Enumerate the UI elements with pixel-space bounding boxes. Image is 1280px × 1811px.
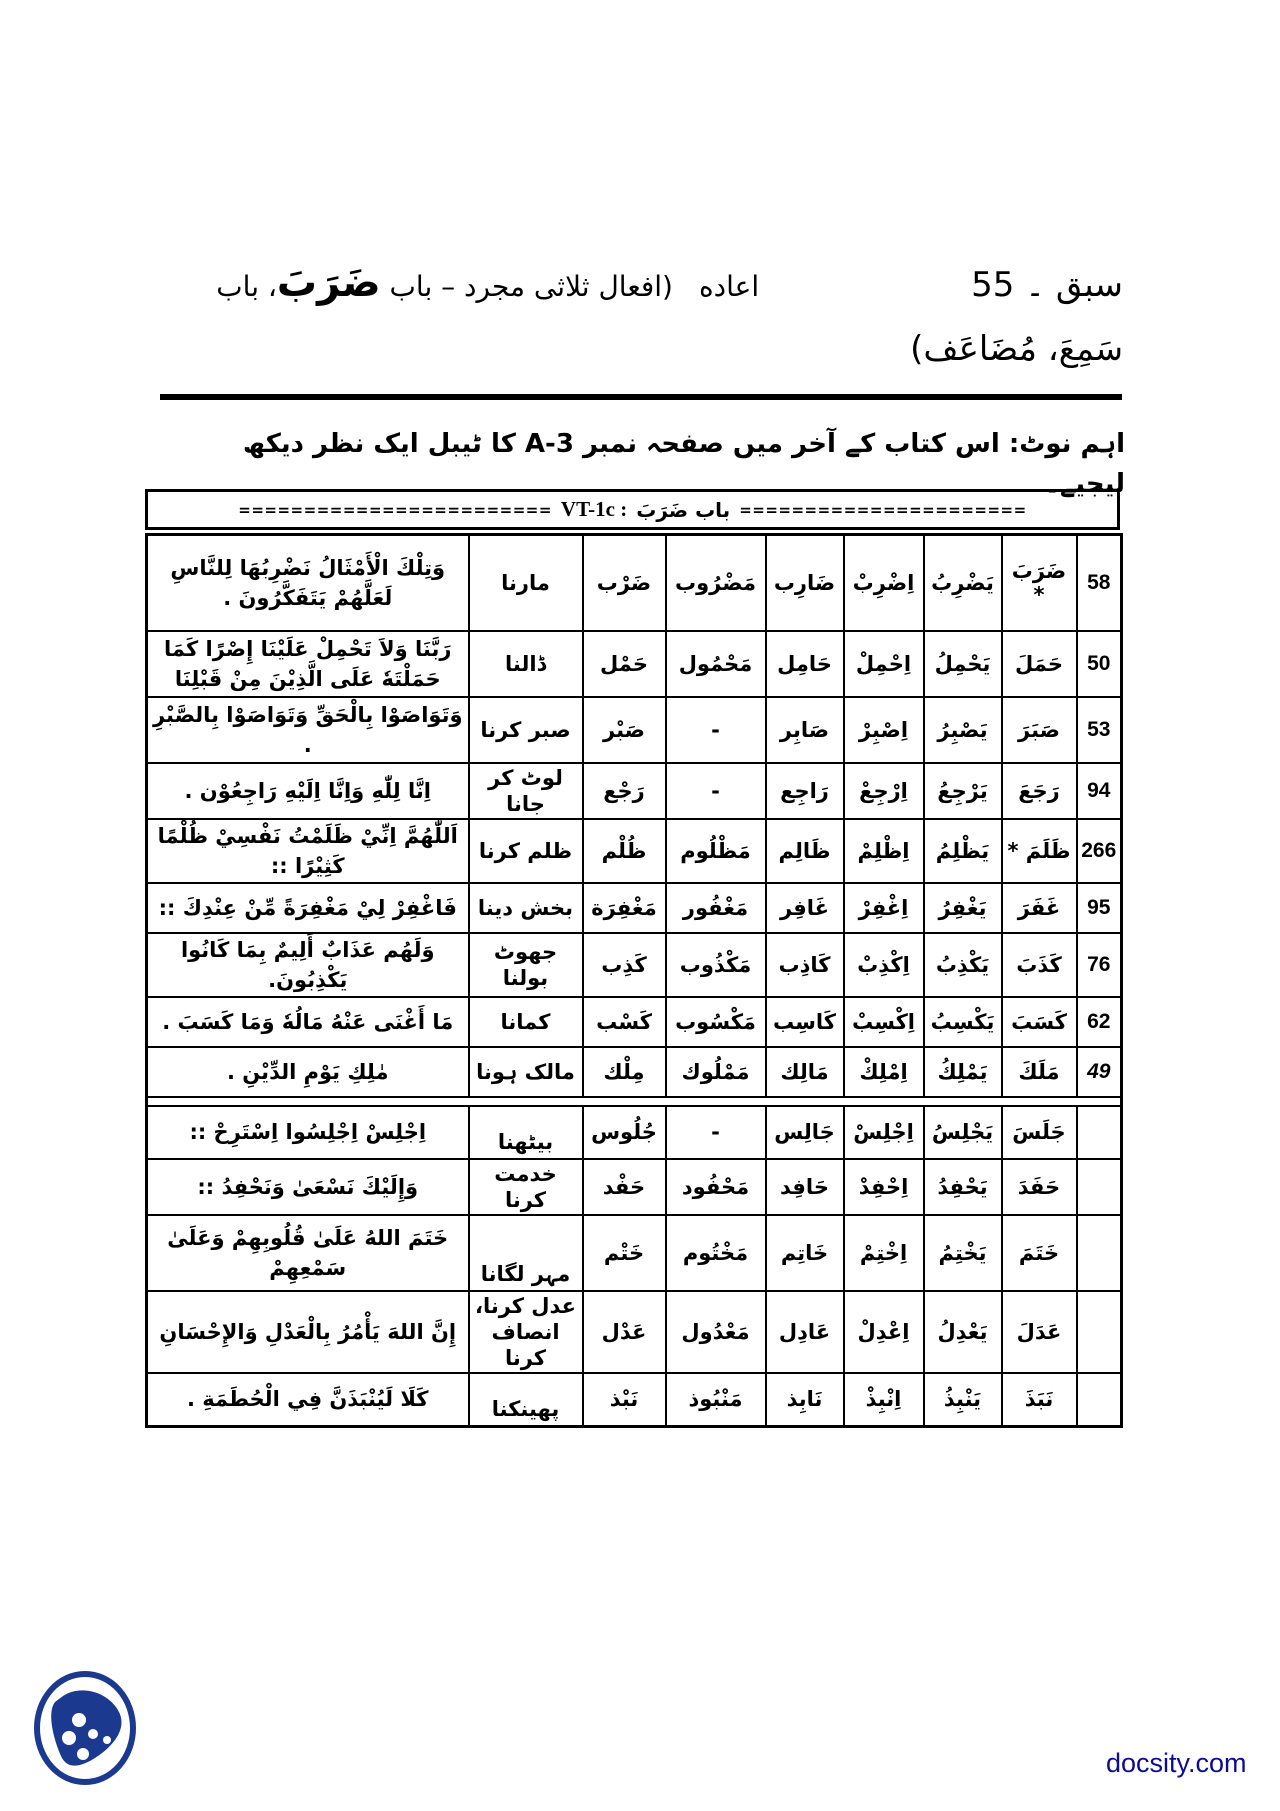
- table-row: 266 ظَلَمَ * يَظْلِمُ اِظْلِمْ ظَالِم مَ…: [147, 819, 1122, 883]
- cell-reference-number: [1077, 1106, 1122, 1159]
- cell-active-participle: جَالِس: [766, 1106, 844, 1159]
- cell-reference-number: 62: [1077, 997, 1122, 1047]
- cell-quran-example: وَتِلْكَ الْأَمْثَالُ نَضْرِبُهَا لِلنَّ…: [147, 535, 469, 631]
- table-row: 50 حَمَلَ يَحْمِلُ اِحْمِلْ حَامِل مَحْم…: [147, 631, 1122, 697]
- docsity-brand-link[interactable]: docsity.com: [1106, 1748, 1276, 1779]
- cell-past-verb: مَلَكَ: [1002, 1047, 1077, 1097]
- cell-imperative: اِنْبِذْ: [844, 1373, 924, 1427]
- cell-verbal-noun: مَغْفِرَة: [583, 883, 666, 933]
- cell-verbal-noun: مِلْك: [583, 1047, 666, 1097]
- cell-reference-number: [1077, 1215, 1122, 1291]
- cell-active-participle: كَاذِب: [766, 933, 844, 997]
- cell-imperative: اِمْلِكْ: [844, 1047, 924, 1097]
- header-title-tail: مُضَاعَف): [910, 329, 1037, 369]
- table-row: خَتَمَ يَخْتِمُ اِخْتِمْ خَاتِم مَخْتُوم…: [147, 1215, 1122, 1291]
- cell-passive-participle: مَكْذُوب: [666, 933, 766, 997]
- table-row: 58 ضَرَبَ * يَضْرِبُ اِضْرِبْ ضَارِب مَض…: [147, 535, 1122, 631]
- cell-active-participle: حَافِد: [766, 1159, 844, 1215]
- cell-past-verb: كَذَبَ: [1002, 933, 1077, 997]
- cell-reference-number: 266: [1077, 819, 1122, 883]
- cell-past-verb: رَجَعَ: [1002, 763, 1077, 819]
- table-row: جَلَسَ يَجْلِسُ اِجْلِسْ جَالِس - جُلُوس…: [147, 1106, 1122, 1159]
- cell-imperative: اِحْفِدْ: [844, 1159, 924, 1215]
- cell-imperative: اِرْجِعْ: [844, 763, 924, 819]
- verb-table-section: ======================== VT-1c : باب ضَر…: [145, 489, 1120, 1428]
- cell-past-verb: نَبَذَ: [1002, 1373, 1077, 1427]
- table-row: 62 كَسَبَ يَكْسِبُ اِكْسِبْ كَاسِب مَكْس…: [147, 997, 1122, 1047]
- cell-quran-example: خَتَمَ اللهُ عَلَىٰ قُلُوبِهِمْ وَعَلَىٰ…: [147, 1215, 469, 1291]
- table-title-bar: ======================== VT-1c : باب ضَر…: [145, 489, 1120, 530]
- cell-active-participle: غَافِر: [766, 883, 844, 933]
- cell-quran-example: وَإِلَيْكَ نَسْعَىٰ وَنَحْفِدُ ::: [147, 1159, 469, 1215]
- cell-urdu-meaning: جھوٹ بولنا: [469, 933, 583, 997]
- cell-verbal-noun: جُلُوس: [583, 1106, 666, 1159]
- cell-quran-example: وَتَوَاصَوْا بِالْحَقِّ وَتَوَاصَوْا بِا…: [147, 697, 469, 763]
- cell-active-participle: كَاسِب: [766, 997, 844, 1047]
- cell-present-verb: يَعْدِلُ: [924, 1291, 1002, 1373]
- cell-quran-example: كَلَا لَيُنْبَذَنَّ فِي الْحُطَمَةِ .: [147, 1373, 469, 1427]
- header-title-mid: ، باب: [216, 270, 277, 303]
- cell-passive-participle: -: [666, 1106, 766, 1159]
- cell-present-verb: يَرْجِعُ: [924, 763, 1002, 819]
- cell-urdu-meaning: لوٹ کر جانا: [469, 763, 583, 819]
- cell-past-verb: ضَرَبَ *: [1002, 535, 1077, 631]
- cell-quran-example: اِجْلِسْ اِجْلِسُوا اِسْتَرِحْ ::: [147, 1106, 469, 1159]
- header-title-pre: (افعال ثلاثى مجرد – باب: [381, 270, 673, 303]
- cell-quran-example: اِنَّا لِلّٰهِ وَاِنَّا اِلَيْهِ رَاجِعُ…: [147, 763, 469, 819]
- cell-present-verb: يَصْبِرُ: [924, 697, 1002, 763]
- cell-urdu-meaning: صبر کرنا: [469, 697, 583, 763]
- cell-quran-example: فَاغْفِرْ لِيْ مَغْفِرَةً مِّنْ عِنْدِكَ…: [147, 883, 469, 933]
- cell-past-verb: حَفَدَ: [1002, 1159, 1077, 1215]
- cell-urdu-meaning: پھینکنا: [469, 1373, 583, 1427]
- cell-imperative: اِكْسِبْ: [844, 997, 924, 1047]
- table-code-label: VT-1c :: [561, 497, 627, 522]
- cell-passive-participle: مَغْفُور: [666, 883, 766, 933]
- table-row: 94 رَجَعَ يَرْجِعُ اِرْجِعْ رَاجِع - رَج…: [147, 763, 1122, 819]
- cell-quran-example: مَا أَغْنَى عَنْهُ مَالُهٗ وَمَا كَسَبَ …: [147, 997, 469, 1047]
- table-row: 53 صَبَرَ يَصْبِرُ اِصْبِرْ صَابِر - صَب…: [147, 697, 1122, 763]
- cell-passive-participle: مَحْمُول: [666, 631, 766, 697]
- cell-quran-example: وَلَهُم عَذَابٌ أَلِيمٌ بِمَا كَانُوا يَ…: [147, 933, 469, 997]
- cell-verbal-noun: كَذِب: [583, 933, 666, 997]
- cell-verbal-noun: صَبْر: [583, 697, 666, 763]
- cell-reference-number: 76: [1077, 933, 1122, 997]
- cell-past-verb: جَلَسَ: [1002, 1106, 1077, 1159]
- cell-present-verb: يَكْذِبُ: [924, 933, 1002, 997]
- cell-active-participle: ضَارِب: [766, 535, 844, 631]
- equals-right: ======================: [739, 501, 1027, 519]
- cell-verbal-noun: حَفْد: [583, 1159, 666, 1215]
- cell-imperative: اِجْلِسْ: [844, 1106, 924, 1159]
- table-row: نَبَذَ يَنْبِذُ اِنْبِذْ نَابِذ مَنْبُوذ…: [147, 1373, 1122, 1427]
- header-i3adah: اعاده: [699, 270, 759, 303]
- cell-active-participle: ظَالِم: [766, 819, 844, 883]
- cell-reference-number: 50: [1077, 631, 1122, 697]
- cell-present-verb: يَخْتِمُ: [924, 1215, 1002, 1291]
- cell-passive-participle: مَمْلُوك: [666, 1047, 766, 1097]
- cell-past-verb: حَمَلَ: [1002, 631, 1077, 697]
- cell-reference-number: 95: [1077, 883, 1122, 933]
- cell-passive-participle: مَظْلُوم: [666, 819, 766, 883]
- docsity-logo-icon: [33, 1668, 139, 1788]
- cell-reference-number: [1077, 1291, 1122, 1373]
- table-bab-label: باب ضَرَبَ: [636, 498, 730, 522]
- cell-imperative: اِحْمِلْ: [844, 631, 924, 697]
- table-row: 95 غَفَرَ يَغْفِرُ اِغْفِرْ غَافِر مَغْف…: [147, 883, 1122, 933]
- cell-present-verb: يَنْبِذُ: [924, 1373, 1002, 1427]
- cell-urdu-meaning: مہر لگانا: [469, 1215, 583, 1291]
- cell-urdu-meaning: مالک ہونا: [469, 1047, 583, 1097]
- cell-imperative: اِغْفِرْ: [844, 883, 924, 933]
- cell-urdu-meaning: خدمت کرنا: [469, 1159, 583, 1215]
- verb-table-body: 58 ضَرَبَ * يَضْرِبُ اِضْرِبْ ضَارِب مَض…: [147, 535, 1122, 1427]
- cell-present-verb: يَضْرِبُ: [924, 535, 1002, 631]
- cell-active-participle: رَاجِع: [766, 763, 844, 819]
- table-row: عَدَلَ يَعْدِلُ اِعْدِلْ عَادِل مَعْدُول…: [147, 1291, 1122, 1373]
- table-row: 76 كَذَبَ يَكْذِبُ اِكْذِبْ كَاذِب مَكْذ…: [147, 933, 1122, 997]
- cell-reference-number: [1077, 1159, 1122, 1215]
- verb-conjugation-table: 58 ضَرَبَ * يَضْرِبُ اِضْرِبْ ضَارِب مَض…: [145, 533, 1123, 1428]
- cell-reference-number: 58: [1077, 535, 1122, 631]
- cell-quran-example: رَبَّنَا وَلاَ تَحْمِلْ عَلَيْنَا إِصْرً…: [147, 631, 469, 697]
- cell-verbal-noun: خَتْم: [583, 1215, 666, 1291]
- equals-left: ========================: [238, 501, 552, 519]
- bab-samia-title: سَمِعَ: [1059, 329, 1123, 368]
- cell-quran-example: إِنَّ اللهَ يَأْمُرُ بِالْعَدْلِ وَالإِح…: [147, 1291, 469, 1373]
- cell-active-participle: صَابِر: [766, 697, 844, 763]
- cell-active-participle: حَامِل: [766, 631, 844, 697]
- lesson-number: سبق ۔ 55: [971, 265, 1123, 305]
- cell-reference-number: 53: [1077, 697, 1122, 763]
- cell-past-verb: خَتَمَ: [1002, 1215, 1077, 1291]
- table-row: حَفَدَ يَحْفِدُ اِحْفِدْ حَافِد مَحْفُود…: [147, 1159, 1122, 1215]
- cell-present-verb: يَكْسِبُ: [924, 997, 1002, 1047]
- cell-present-verb: يَحْمِلُ: [924, 631, 1002, 697]
- header-title-comma: ،: [1037, 329, 1059, 369]
- cell-passive-participle: -: [666, 697, 766, 763]
- page-header: سبق ۔ 55اعاده(افعال ثلاثى مجرد – باب ضَر…: [135, 252, 1123, 382]
- cell-present-verb: يَحْفِدُ: [924, 1159, 1002, 1215]
- cell-verbal-noun: عَدْل: [583, 1291, 666, 1373]
- cell-urdu-meaning: ظلم کرنا: [469, 819, 583, 883]
- cell-active-participle: مَالِك: [766, 1047, 844, 1097]
- document-page: سبق ۔ 55اعاده(افعال ثلاثى مجرد – باب ضَر…: [0, 0, 1280, 1811]
- cell-quran-example: اَللّٰهُمَّ اِنِّيْ ظَلَمْتُ نَفْسِيْ ظُ…: [147, 819, 469, 883]
- cell-verbal-noun: رَجْع: [583, 763, 666, 819]
- cell-verbal-noun: ضَرْب: [583, 535, 666, 631]
- bab-darab-title: ضَرَبَ: [277, 260, 381, 306]
- cell-urdu-meaning: عدل کرنا، انصاف کرنا: [469, 1291, 583, 1373]
- cell-urdu-meaning: مارنا: [469, 535, 583, 631]
- cell-active-participle: نَابِذ: [766, 1373, 844, 1427]
- cell-verbal-noun: حَمْل: [583, 631, 666, 697]
- cell-urdu-meaning: بیٹھنا: [469, 1106, 583, 1159]
- cell-present-verb: يَغْفِرُ: [924, 883, 1002, 933]
- cell-passive-participle: مَضْرُوب: [666, 535, 766, 631]
- cell-past-verb: ظَلَمَ *: [1002, 819, 1077, 883]
- cell-verbal-noun: ظُلْم: [583, 819, 666, 883]
- cell-verbal-noun: نَبْذ: [583, 1373, 666, 1427]
- cell-passive-participle: مَنْبُوذ: [666, 1373, 766, 1427]
- cell-urdu-meaning: ڈالنا: [469, 631, 583, 697]
- cell-imperative: اِصْبِرْ: [844, 697, 924, 763]
- section-separator: [147, 1097, 1122, 1106]
- cell-imperative: اِظْلِمْ: [844, 819, 924, 883]
- cell-urdu-meaning: بخش دینا: [469, 883, 583, 933]
- table-row: 49 مَلَكَ يَمْلِكُ اِمْلِكْ مَالِك مَمْل…: [147, 1047, 1122, 1097]
- header-divider-rule: [160, 394, 1122, 400]
- cell-reference-number: [1077, 1373, 1122, 1427]
- cell-present-verb: يَجْلِسُ: [924, 1106, 1002, 1159]
- cell-present-verb: يَظْلِمُ: [924, 819, 1002, 883]
- cell-present-verb: يَمْلِكُ: [924, 1047, 1002, 1097]
- cell-reference-number: 49: [1077, 1047, 1122, 1097]
- cell-passive-participle: مَعْدُول: [666, 1291, 766, 1373]
- cell-passive-participle: مَكْسُوب: [666, 997, 766, 1047]
- cell-imperative: اِكْذِبْ: [844, 933, 924, 997]
- cell-past-verb: صَبَرَ: [1002, 697, 1077, 763]
- cell-active-participle: عَادِل: [766, 1291, 844, 1373]
- cell-past-verb: كَسَبَ: [1002, 997, 1077, 1047]
- cell-past-verb: عَدَلَ: [1002, 1291, 1077, 1373]
- cell-passive-participle: مَخْتُوم: [666, 1215, 766, 1291]
- cell-reference-number: 94: [1077, 763, 1122, 819]
- cell-urdu-meaning: كمانا: [469, 997, 583, 1047]
- cell-passive-participle: -: [666, 763, 766, 819]
- cell-imperative: اِخْتِمْ: [844, 1215, 924, 1291]
- cell-imperative: اِضْرِبْ: [844, 535, 924, 631]
- cell-imperative: اِعْدِلْ: [844, 1291, 924, 1373]
- cell-passive-participle: مَحْفُود: [666, 1159, 766, 1215]
- cell-past-verb: غَفَرَ: [1002, 883, 1077, 933]
- cell-verbal-noun: كَسْب: [583, 997, 666, 1047]
- cell-quran-example: مٰلِكِ يَوْمِ الدِّيْنِ .: [147, 1047, 469, 1097]
- cell-active-participle: خَاتِم: [766, 1215, 844, 1291]
